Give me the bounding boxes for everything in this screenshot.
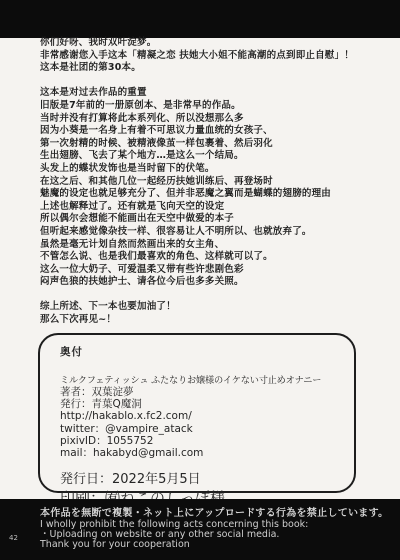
afterword-line: 旧版是7年前的一册原创本、是非常早的作品。: [40, 100, 392, 113]
afterword-line: 魅魔的设定也就足够充分了、但并非恶魔之翼而是蝴蝶的翅膀的理由: [40, 188, 392, 201]
afterword-line: [40, 75, 392, 88]
afterword-line: 闷声色狼的扶她护士、请各位今后也多多关照。: [40, 276, 392, 289]
afterword-line: 头发上的蝶状发饰也是当时留下的伏笔。: [40, 163, 392, 176]
footer-en-notice: I wholly prohibit the following acts con…: [0, 520, 400, 550]
footer-en-line: Thank you for your cooperation: [40, 540, 400, 550]
afterword-line: 综上所述、下一本也要加油了！: [40, 301, 392, 314]
afterword-line: 不管怎么说、也是我们最喜欢的角色、这样就可以了。: [40, 251, 392, 264]
footer-notice-bar: 本作品を無断で複製・ネット上にアップロードする行為を禁止しています。 I who…: [0, 499, 400, 560]
afterword-line: 但听起来感觉像杂技一样、很容易让人不明所以、也就放弃了。: [40, 226, 392, 239]
afterword-line: 所以偶尔会想能不能画出在天空中做爱的本子: [40, 213, 392, 226]
afterword-line: [40, 289, 392, 302]
afterword-line: 那么下次再见~！: [40, 314, 392, 327]
afterword-line: 这本是社团的第30本。: [40, 62, 392, 75]
afterword-line: 生出翅膀、飞去了某个地方…是这么一个结局。: [40, 150, 392, 163]
colophon-heading: 奥付: [60, 344, 354, 359]
scanned-afterword-page: 你们好呀、我时双叶淀梦。非常感谢您入手这本「精凝之恋 扶她大小姐不能高潮的点到即…: [0, 0, 400, 560]
top-black-bar: [0, 0, 400, 38]
colophon-box: 奥付 ミルクフェティッシュ ふたなりお嬢様のイケない寸止めオナニー 著者：双葉淀…: [38, 333, 356, 493]
footer-jp-notice: 本作品を無断で複製・ネット上にアップロードする行為を禁止しています。: [40, 504, 400, 519]
colophon-line: mail：hakabyd@gmail.com: [60, 447, 354, 459]
afterword-line: 这本是对过去作品的重置: [40, 87, 392, 100]
afterword-line: 因为小葵是一名身上有着不可思议力量血统的女孩子、: [40, 125, 392, 138]
afterword-line: 你们好呀、我时双叶淀梦。: [40, 37, 392, 50]
colophon-line: twitter：@vampire_atack: [60, 423, 354, 435]
afterword-line: 第一次射精的时候、被精液像茧一样包裹着、然后羽化: [40, 138, 392, 151]
colophon-content: 奥付 ミルクフェティッシュ ふたなりお嬢様のイケない寸止めオナニー 著者：双葉淀…: [40, 335, 354, 508]
colophon-line: http://hakablo.x.fc2.com/: [60, 410, 354, 422]
afterword-line: 非常感谢您入手这本「精凝之恋 扶她大小姐不能高潮的点到即止自慰」！: [40, 50, 392, 63]
colophon-contact-lines: 著者：双葉淀夢発行：青葉Q魔洞http://hakablo.x.fc2.com/…: [60, 386, 354, 459]
book-title: ミルクフェティッシュ ふたなりお嬢様のイケない寸止めオナニー: [60, 372, 354, 386]
afterword-line: 在这之后、和其他几位一起经历扶她训练后、再登场时: [40, 176, 392, 189]
afterword-line: 这么一位大奶子、可爱温柔又带有些许悲剧色彩: [40, 264, 392, 277]
afterword-line: 当时并没有打算将此本系列化、所以没想那么多: [40, 113, 392, 126]
page-number: 42: [9, 534, 18, 542]
colophon-line: 発行：青葉Q魔洞: [60, 398, 354, 410]
afterword-line: 上述也解释过了。还有就是飞向天空的设定: [40, 201, 392, 214]
afterword-text: 你们好呀、我时双叶淀梦。非常感谢您入手这本「精凝之恋 扶她大小姐不能高潮的点到即…: [40, 37, 392, 327]
colophon-line: pixivID：1055752: [60, 435, 354, 447]
colophon-line: 著者：双葉淀夢: [60, 386, 354, 398]
afterword-line: 虽然是毫无计划自然而然画出来的女主角、: [40, 239, 392, 252]
colophon-publish-date: 発行日：2022年5月5日: [60, 468, 354, 487]
